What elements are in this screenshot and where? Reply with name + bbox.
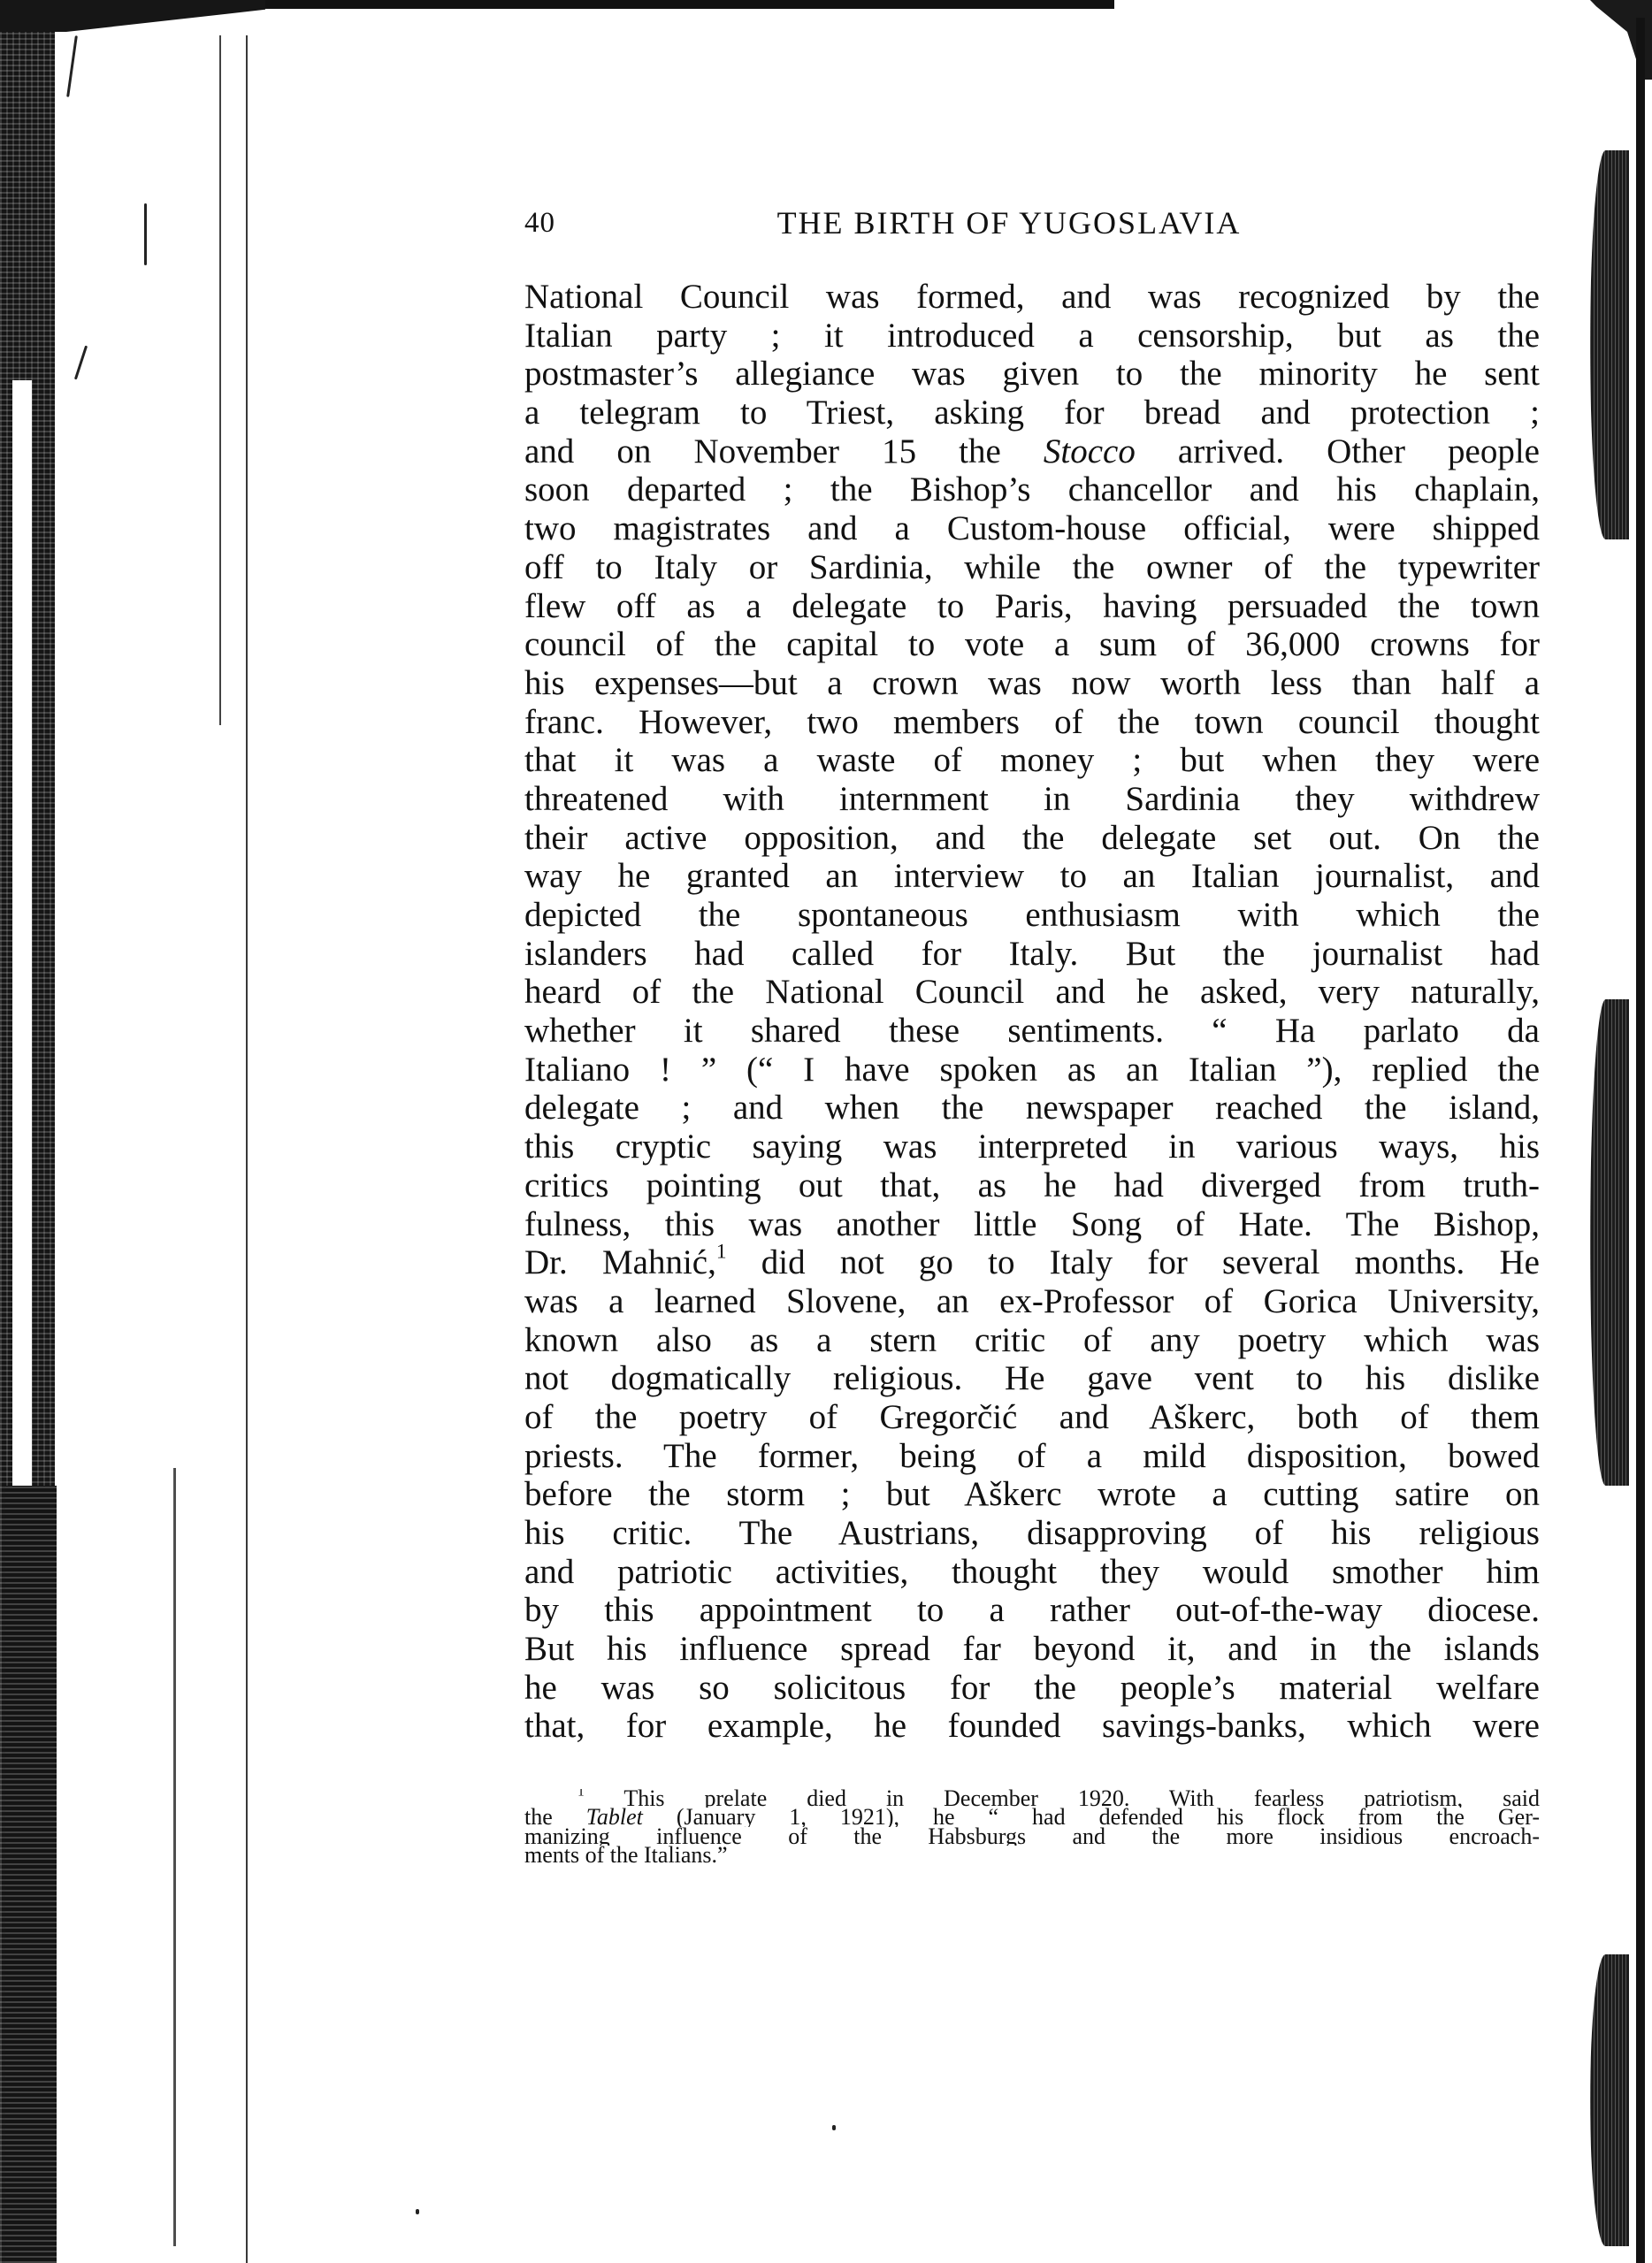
body-line: not dogmatically religious. He gave vent… <box>524 1359 1540 1398</box>
body-line: islanders had called for Italy. But the … <box>524 935 1540 974</box>
body-line: franc. However, two members of the town … <box>524 703 1540 742</box>
page-number: 40 <box>524 205 555 241</box>
body-line: he was so solicitous for the people’s ma… <box>524 1669 1540 1708</box>
body-line: Italiano ! ” (“ I have spoken as an Ital… <box>524 1051 1540 1089</box>
running-head: 40 THE BIRTH OF YUGOSLAVIA <box>524 205 1541 241</box>
body-line: whether it shared these sentiments. “ Ha… <box>524 1012 1540 1051</box>
scan-top-corner <box>0 0 265 32</box>
body-line: heard of the National Council and he ask… <box>524 973 1540 1012</box>
gutter-mark <box>74 346 88 380</box>
footnote-line: manizing influence of the Habsburgs and … <box>524 1827 1540 1846</box>
gutter-line <box>246 35 248 2263</box>
body-line: postmaster’s allegiance was given to the… <box>524 355 1540 394</box>
publication-title: Tablet <box>586 1808 643 1826</box>
body-line: National Council was formed, and was rec… <box>524 278 1540 317</box>
ship-name: Stocco <box>1044 432 1136 470</box>
footnote-reference: 1 <box>716 1243 727 1263</box>
footnote-line: 1 This prelate died in December 1920. Wi… <box>524 1789 1540 1808</box>
body-line: his expenses—but a crown was now worth l… <box>524 664 1540 703</box>
scan-right-shadow <box>1590 1954 1629 2246</box>
body-line: way he granted an interview to an Italia… <box>524 857 1540 896</box>
body-text: National Council was formed, and was rec… <box>524 278 1540 1746</box>
footnote-line: ments of the Italians.” <box>524 1846 1540 1864</box>
body-line: flew off as a delegate to Paris, having … <box>524 587 1540 626</box>
body-line: his critic. The Austrians, disapproving … <box>524 1514 1540 1553</box>
body-line: this cryptic saying was interpreted in v… <box>524 1128 1540 1166</box>
gutter-mark <box>66 35 78 97</box>
body-line: by this appointment to a rather out-of-t… <box>524 1591 1540 1630</box>
body-line: critics pointing out that, as he had div… <box>524 1166 1540 1205</box>
scan-binding-shadow-lower <box>5 1486 57 2263</box>
body-line: Dr. Mahnić,1 did not go to Italy for sev… <box>524 1243 1540 1282</box>
body-line: fulness, this was another little Song of… <box>524 1205 1540 1244</box>
body-line: priests. The former, being of a mild dis… <box>524 1437 1540 1476</box>
body-line: Italian party ; it introduced a censorsh… <box>524 317 1540 356</box>
body-line: and patriotic activities, thought they w… <box>524 1553 1540 1592</box>
body-line: But his influence spread far beyond it, … <box>524 1630 1540 1669</box>
body-line: a telegram to Triest, asking for bread a… <box>524 394 1540 432</box>
body-line: threatened with internment in Sardinia t… <box>524 780 1540 819</box>
body-line: off to Italy or Sardinia, while the owne… <box>524 548 1540 587</box>
scan-binding-highlight <box>12 380 32 1495</box>
gutter-line <box>173 1468 176 2246</box>
body-line: known also as a stern critic of any poet… <box>524 1321 1540 1360</box>
body-line: delegate ; and when the newspaper reache… <box>524 1089 1540 1128</box>
body-line: before the storm ; but Aškerc wrote a cu… <box>524 1475 1540 1514</box>
running-title: THE BIRTH OF YUGOSLAVIA <box>673 205 1345 241</box>
gutter-line <box>219 35 221 725</box>
body-line: council of the capital to vote a sum of … <box>524 625 1540 664</box>
body-line: that, for example, he founded savings-ba… <box>524 1707 1540 1746</box>
body-line: of the poetry of Gregorčić and Aškerc, b… <box>524 1398 1540 1437</box>
footnote: 1 This prelate died in December 1920. Wi… <box>524 1789 1540 1864</box>
body-line: was a learned Slovene, an ex-Professor o… <box>524 1282 1540 1321</box>
scan-speck <box>832 2125 836 2130</box>
body-line: two magistrates and a Custom-house offic… <box>524 509 1540 548</box>
scan-speck <box>416 2209 419 2214</box>
body-line: soon departed ; the Bishop’s chancellor … <box>524 470 1540 509</box>
body-line: and on November 15 the Stocco arrived. O… <box>524 432 1540 471</box>
footnote-marker: 1 <box>577 1789 585 1799</box>
body-line: their active opposition, and the delegat… <box>524 819 1540 858</box>
scan-right-shadow <box>1590 999 1629 1486</box>
scan-right-shadow <box>1590 150 1629 539</box>
body-line: depicted the spontaneous enthusiasm with… <box>524 896 1540 935</box>
scan-right-edge <box>1636 18 1645 2263</box>
footnote-line: the Tablet (January 1, 1921), he “ had d… <box>524 1808 1540 1826</box>
gutter-mark <box>144 203 147 265</box>
body-line: that it was a waste of money ; but when … <box>524 741 1540 780</box>
